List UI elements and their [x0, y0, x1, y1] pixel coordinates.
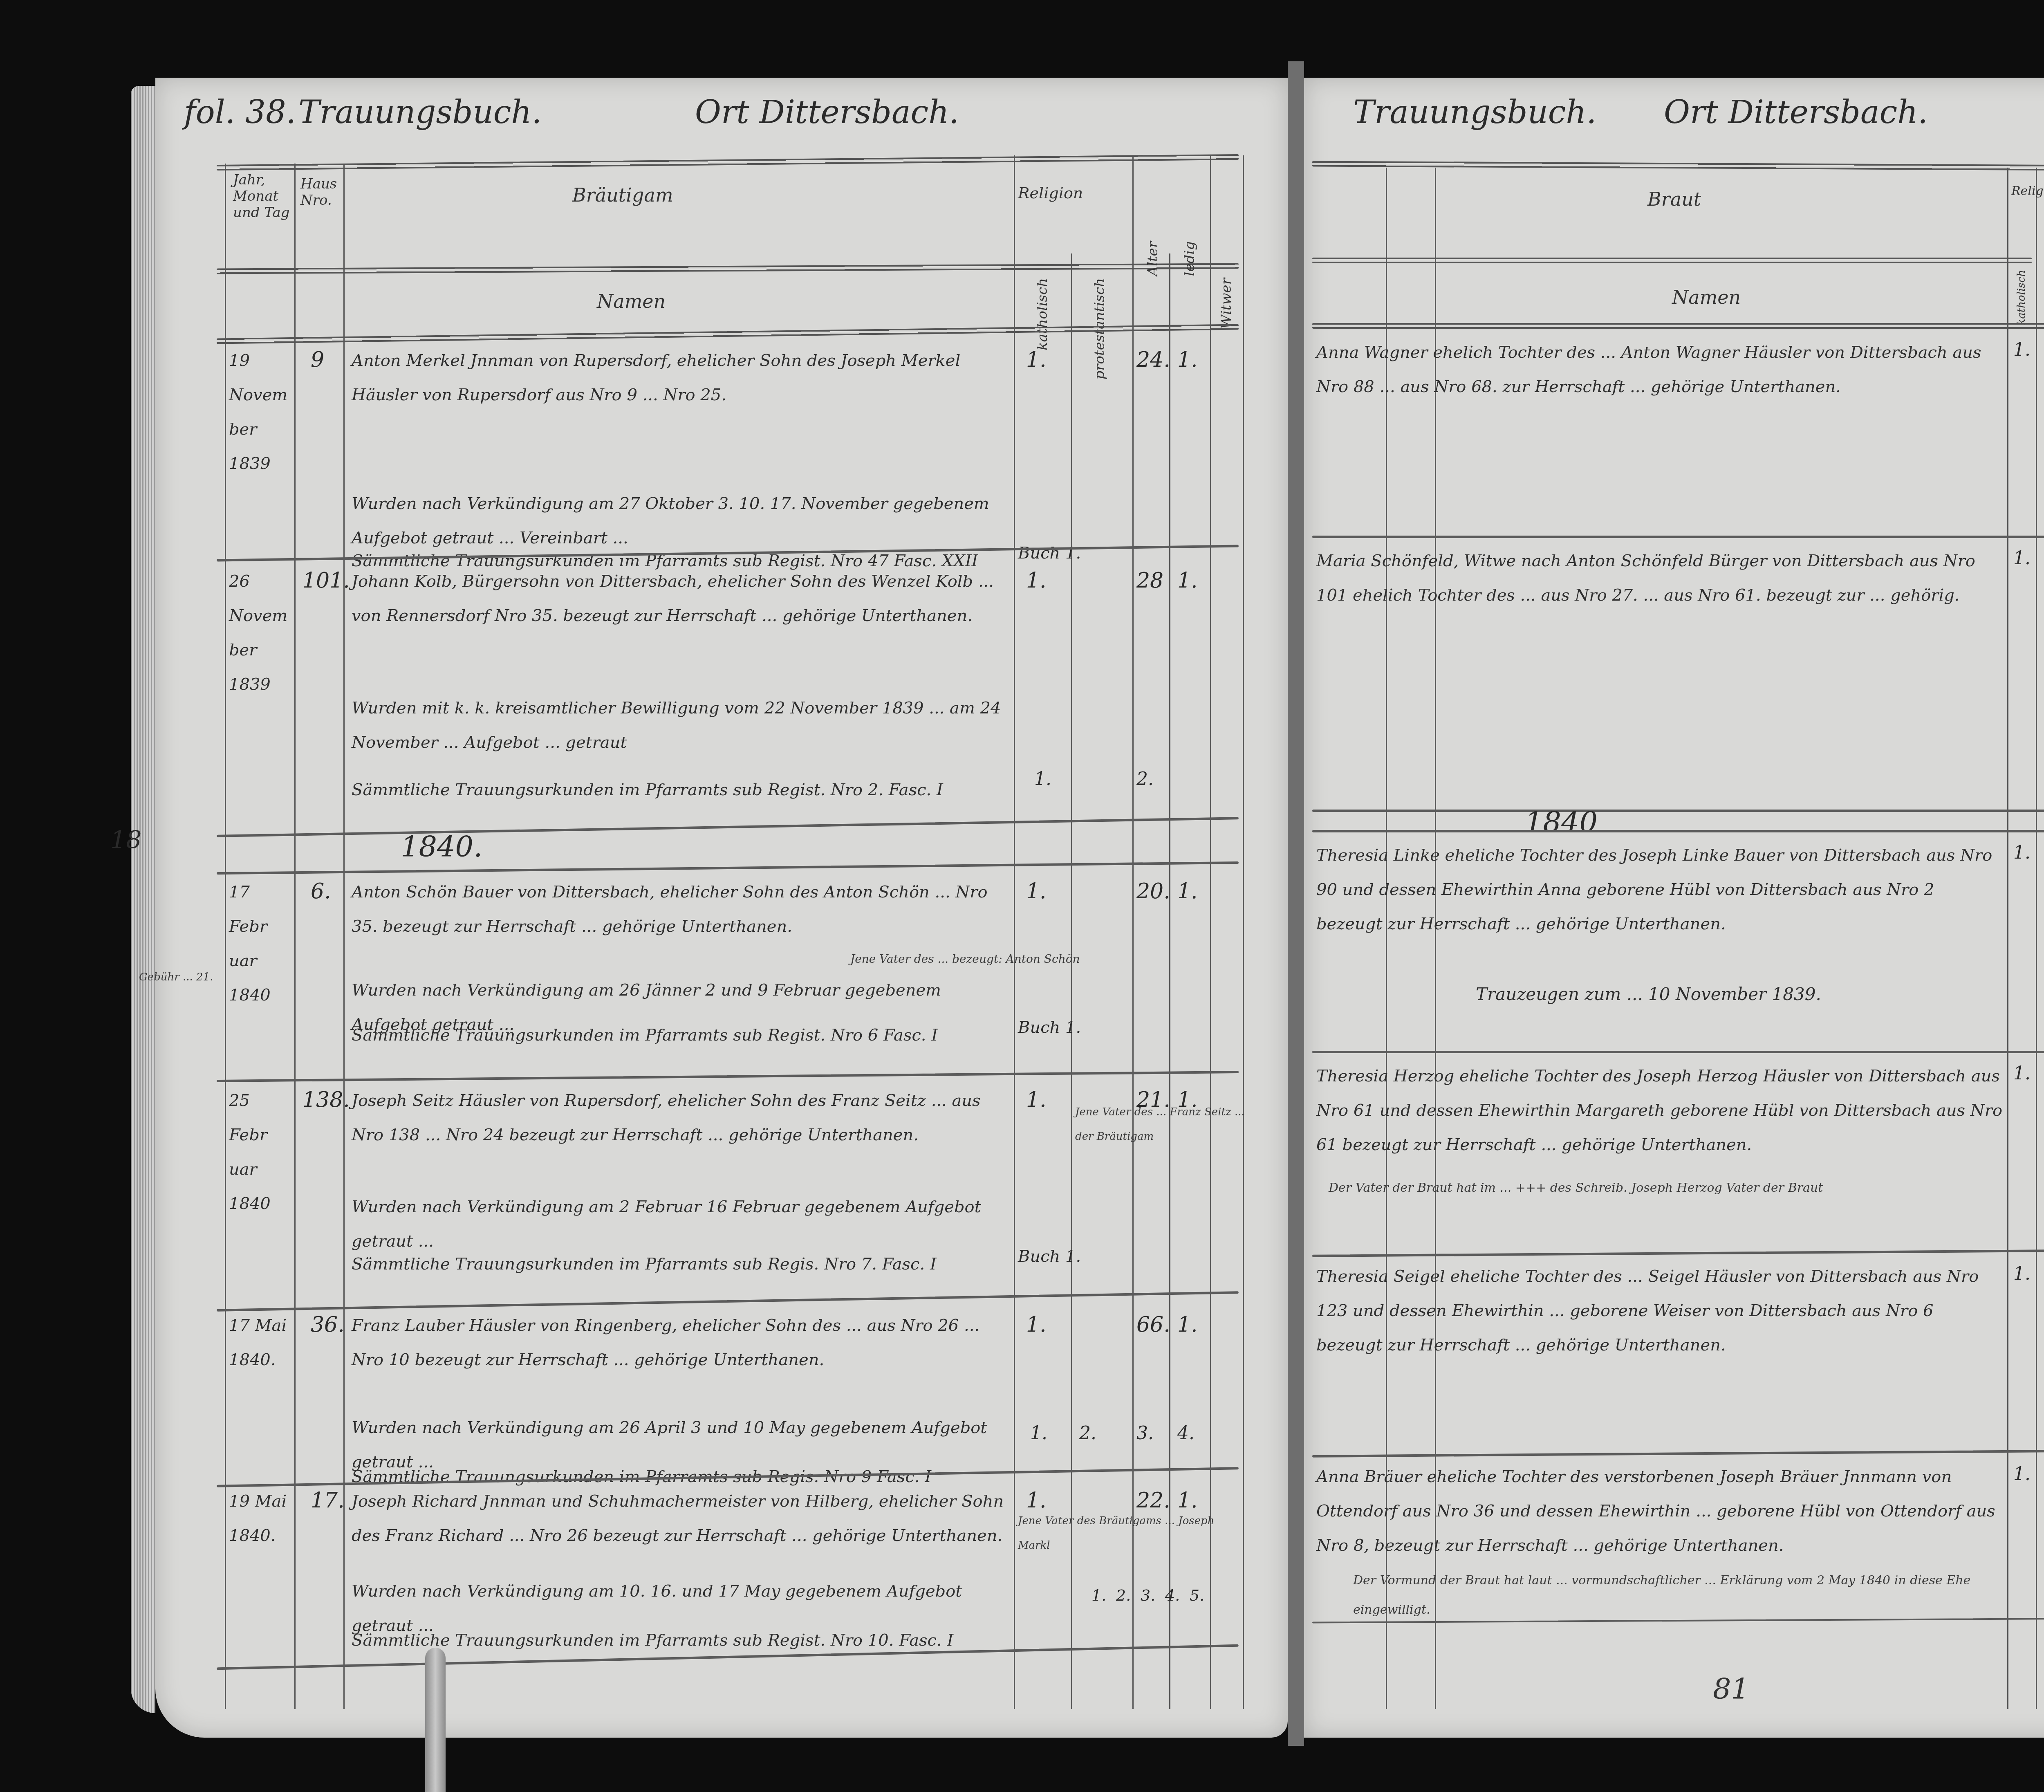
entry-age: 21. [1136, 1088, 1170, 1112]
year-banner-rule [1312, 830, 2044, 832]
entry-age: 22. [1136, 1488, 1170, 1513]
entry-date-month: uar [229, 944, 290, 978]
entry-religion-mark: 1. [2013, 842, 2031, 863]
entry-bottom-mark-1: 1. [1034, 769, 1051, 789]
header-top-rule [1312, 161, 2044, 172]
header-name: Namen [1672, 286, 1741, 308]
entry-status-mark: 1. [1177, 568, 1198, 593]
header-single: ledig [1181, 241, 1198, 276]
entry-house-no: 9 [311, 348, 324, 372]
entry-religion-mark: 1. [1026, 1088, 1047, 1112]
entry-status-mark: 1. [1177, 879, 1198, 904]
entry-age: 20. [1136, 879, 1170, 904]
entry-side-note: Jene Vater des ... bezeugt: Anton Schön [850, 944, 1239, 974]
col-rule [343, 164, 345, 1709]
entry-bride-text: Theresia Linke eheliche Tochter des Jose… [1316, 838, 2003, 941]
entry-age: 66. [1136, 1312, 1170, 1337]
entry-religion-mark: 1. [1026, 568, 1047, 593]
entry-divider [1312, 323, 2044, 329]
col-rule [1210, 155, 1211, 1709]
col-rule [294, 164, 296, 1709]
entry-date-year: 1840. [229, 1343, 290, 1377]
header-bottom-rule [217, 263, 1239, 274]
header-date: Jahr, Monat und Tag [233, 172, 290, 221]
book-gutter [1288, 61, 1304, 1746]
entry-status-mark: 1. [1177, 1312, 1198, 1337]
header-widower: Witwer [1218, 278, 1235, 329]
entry-divider [1312, 1247, 2044, 1257]
entry-date-year: 1840 [229, 978, 290, 1012]
col-rule [1132, 155, 1134, 1709]
year-banner: 1840. [401, 830, 482, 863]
open-register-book: fol. 38. Trauungsbuch. Ort Dittersbach. … [155, 61, 2044, 1746]
entry-date-year: 1839 [229, 446, 290, 481]
col-rule [1071, 253, 1072, 1709]
entry-religion-mark: 1. [1026, 348, 1047, 372]
place-title: Ort Dittersbach. [695, 94, 959, 131]
entry-status-mark: 1. [1177, 348, 1198, 372]
entry-house-no: 101. [303, 568, 350, 593]
year-banner: 1840 [1525, 805, 1598, 839]
entry-register-ref: Sämmtliche Trauungsurkunden im Pfarramts… [352, 1247, 1026, 1281]
year-banner-rule [217, 861, 1239, 875]
entry-bottom-mark-4: 4. [1177, 1423, 1195, 1444]
entry-divider [217, 817, 1239, 837]
entry-house-no: 36. [311, 1312, 345, 1337]
header-religion: Religion [2011, 184, 2044, 198]
entry-bottom-mark-5: 5. [1190, 1586, 1204, 1604]
entry-bottom-mark-2: 2. [1079, 1423, 1096, 1444]
entry-date-month: uar [229, 1152, 290, 1186]
entry-bride-text: Anna Wagner ehelich Tochter des ... Anto… [1316, 335, 2003, 404]
entry-divider [1312, 810, 2044, 812]
entry-religion-mark: 1. [2013, 339, 2031, 360]
entry-divider [1312, 1448, 2044, 1458]
folio-number: fol. 38. [184, 94, 296, 131]
entry-divider [217, 1071, 1239, 1082]
header-age: Alter [1145, 241, 1161, 276]
header-house-no: Haus Nro. [300, 176, 341, 209]
entry-bride-text: Theresia Herzog eheliche Tochter des Jos… [1316, 1059, 2003, 1162]
margin-mark: 18 [110, 826, 141, 855]
entry-register-ref: Sämmtliche Trauungsurkunden im Pfarramts… [352, 773, 1026, 807]
entry-divider [1312, 1051, 2044, 1053]
entry-register-ref: Sämmtliche Trauungsurkunden im Pfarramts… [352, 1018, 1026, 1052]
header-groom: Bräutigam [572, 184, 673, 206]
entry-bottom-mark-4: 4. [1165, 1586, 1180, 1604]
entry-bride-text: Maria Schönfeld, Witwe nach Anton Schönf… [1316, 544, 2003, 612]
entry-bottom-marks: Buch 1. [1018, 1247, 1081, 1266]
col-rule [2007, 168, 2008, 1709]
col-rule [2036, 168, 2037, 1709]
header-bottom-rule [1312, 258, 2032, 263]
entry-groom-text: Franz Lauber Häusler von Ringenberg, ehe… [352, 1308, 1006, 1377]
entry-bride-text: Anna Bräuer eheliche Tochter des verstor… [1316, 1460, 2003, 1563]
entry-religion-mark: 1. [2013, 1263, 2031, 1284]
header-name: Namen [597, 290, 666, 312]
entry-bottom-marks: Buch 1. [1018, 1018, 1081, 1037]
entry-bottom-mark-1: 1. [1091, 1586, 1106, 1604]
header-religion: Religion [1018, 184, 1083, 202]
header-religion-catholic: katholisch [1034, 278, 1051, 350]
entry-date-year: 1840 [229, 1186, 290, 1221]
entry-house-no: 138. [303, 1088, 350, 1112]
entry-groom-text: Joseph Seitz Häusler von Rupersdorf, ehe… [352, 1083, 1006, 1152]
entry-bottom-mark-3: 3. [1136, 1423, 1154, 1444]
header-religion-catholic: katholisch [2015, 270, 2028, 325]
register-title: Trauungsbuch. [298, 94, 542, 131]
entry-age: 28 [1136, 568, 1163, 593]
entry-date-day: 26 Novem [229, 564, 290, 633]
entry-dispensation-note: Wurden mit k. k. kreisamtlicher Bewillig… [352, 691, 1006, 760]
place-title: Ort Dittersbach. [1664, 94, 1928, 131]
header-top-rule [217, 154, 1239, 170]
header-bride: Braut [1647, 188, 1701, 210]
page-footer-number: 81 [1713, 1672, 1749, 1706]
entry-date-month: ber [229, 412, 290, 446]
entry-margin-note: Gebühr ... 21. [139, 965, 225, 989]
right-page-fol-39: Trauungsbuch. Ort Dittersbach. fol. 39. … [1304, 78, 2044, 1738]
col-rule [225, 164, 226, 1709]
entry-date-month: ber [229, 633, 290, 667]
entry-religion-mark: 1. [2013, 548, 2031, 569]
entry-note: Der Vormund der Braut hat laut ... vormu… [1353, 1566, 2024, 1625]
section-note: Trauzeugen zum ... 10 November 1839. [1476, 977, 2007, 1012]
entry-groom-text: Anton Schön Bauer von Dittersbach, eheli… [352, 875, 1006, 944]
entry-date-day: 19 Novem [229, 343, 290, 412]
col-rule [1243, 155, 1244, 1709]
entry-date-day: 17 Febr [229, 875, 290, 944]
entry-date-day: 25 Febr [229, 1083, 290, 1152]
entry-religion-mark: 1. [2013, 1063, 2031, 1084]
entry-bottom-mark-1: 1. [1030, 1423, 1047, 1444]
entry-date-day: 19 Mai [229, 1484, 290, 1518]
entry-bride-text: Theresia Seigel eheliche Tochter des ...… [1316, 1259, 2003, 1362]
entry-note: Der Vater der Braut hat im ... +++ des S… [1329, 1173, 2015, 1203]
entry-date-year: 1839 [229, 667, 290, 702]
entry-side-note: Jene Vater des Bräutigams ... Joseph Mar… [1018, 1509, 1247, 1558]
entry-religion-mark: 1. [1026, 1312, 1047, 1337]
entry-bottom-mark-3: 3. [1141, 1586, 1155, 1604]
page-holder-stick [425, 1648, 446, 1792]
entry-age: 24. [1136, 348, 1170, 372]
entry-groom-text: Joseph Richard Jnnman und Schuhmachermei… [352, 1484, 1006, 1553]
entry-bottom-marks: Buch 1. [1018, 544, 1081, 563]
entry-divider [217, 324, 1239, 344]
entry-groom-text: Anton Merkel Jnnman von Rupersdorf, ehel… [352, 343, 1006, 412]
entry-groom-text: Johann Kolb, Bürgersohn von Dittersbach,… [352, 564, 1006, 633]
register-title: Trauungsbuch. [1353, 94, 1596, 131]
entry-religion-mark: 1. [2013, 1464, 2031, 1485]
entry-bottom-mark-2: 2. [1136, 769, 1154, 789]
entry-date-day: 17 Mai [229, 1308, 290, 1343]
entry-status-mark: 1. [1177, 1488, 1198, 1513]
left-page-edges [131, 86, 155, 1713]
entry-bottom-mark-2: 2. [1116, 1586, 1131, 1604]
entry-date-year: 1840. [229, 1518, 290, 1553]
left-page-fol-38: fol. 38. Trauungsbuch. Ort Dittersbach. … [155, 78, 1288, 1738]
entry-divider [1312, 536, 2044, 538]
entry-religion-mark: 1. [1026, 879, 1047, 904]
entry-house-no: 6. [311, 879, 331, 904]
entry-religion-mark: 1. [1026, 1488, 1047, 1513]
entry-status-mark: 1. [1177, 1088, 1198, 1112]
entry-house-no: 17. [311, 1488, 345, 1513]
